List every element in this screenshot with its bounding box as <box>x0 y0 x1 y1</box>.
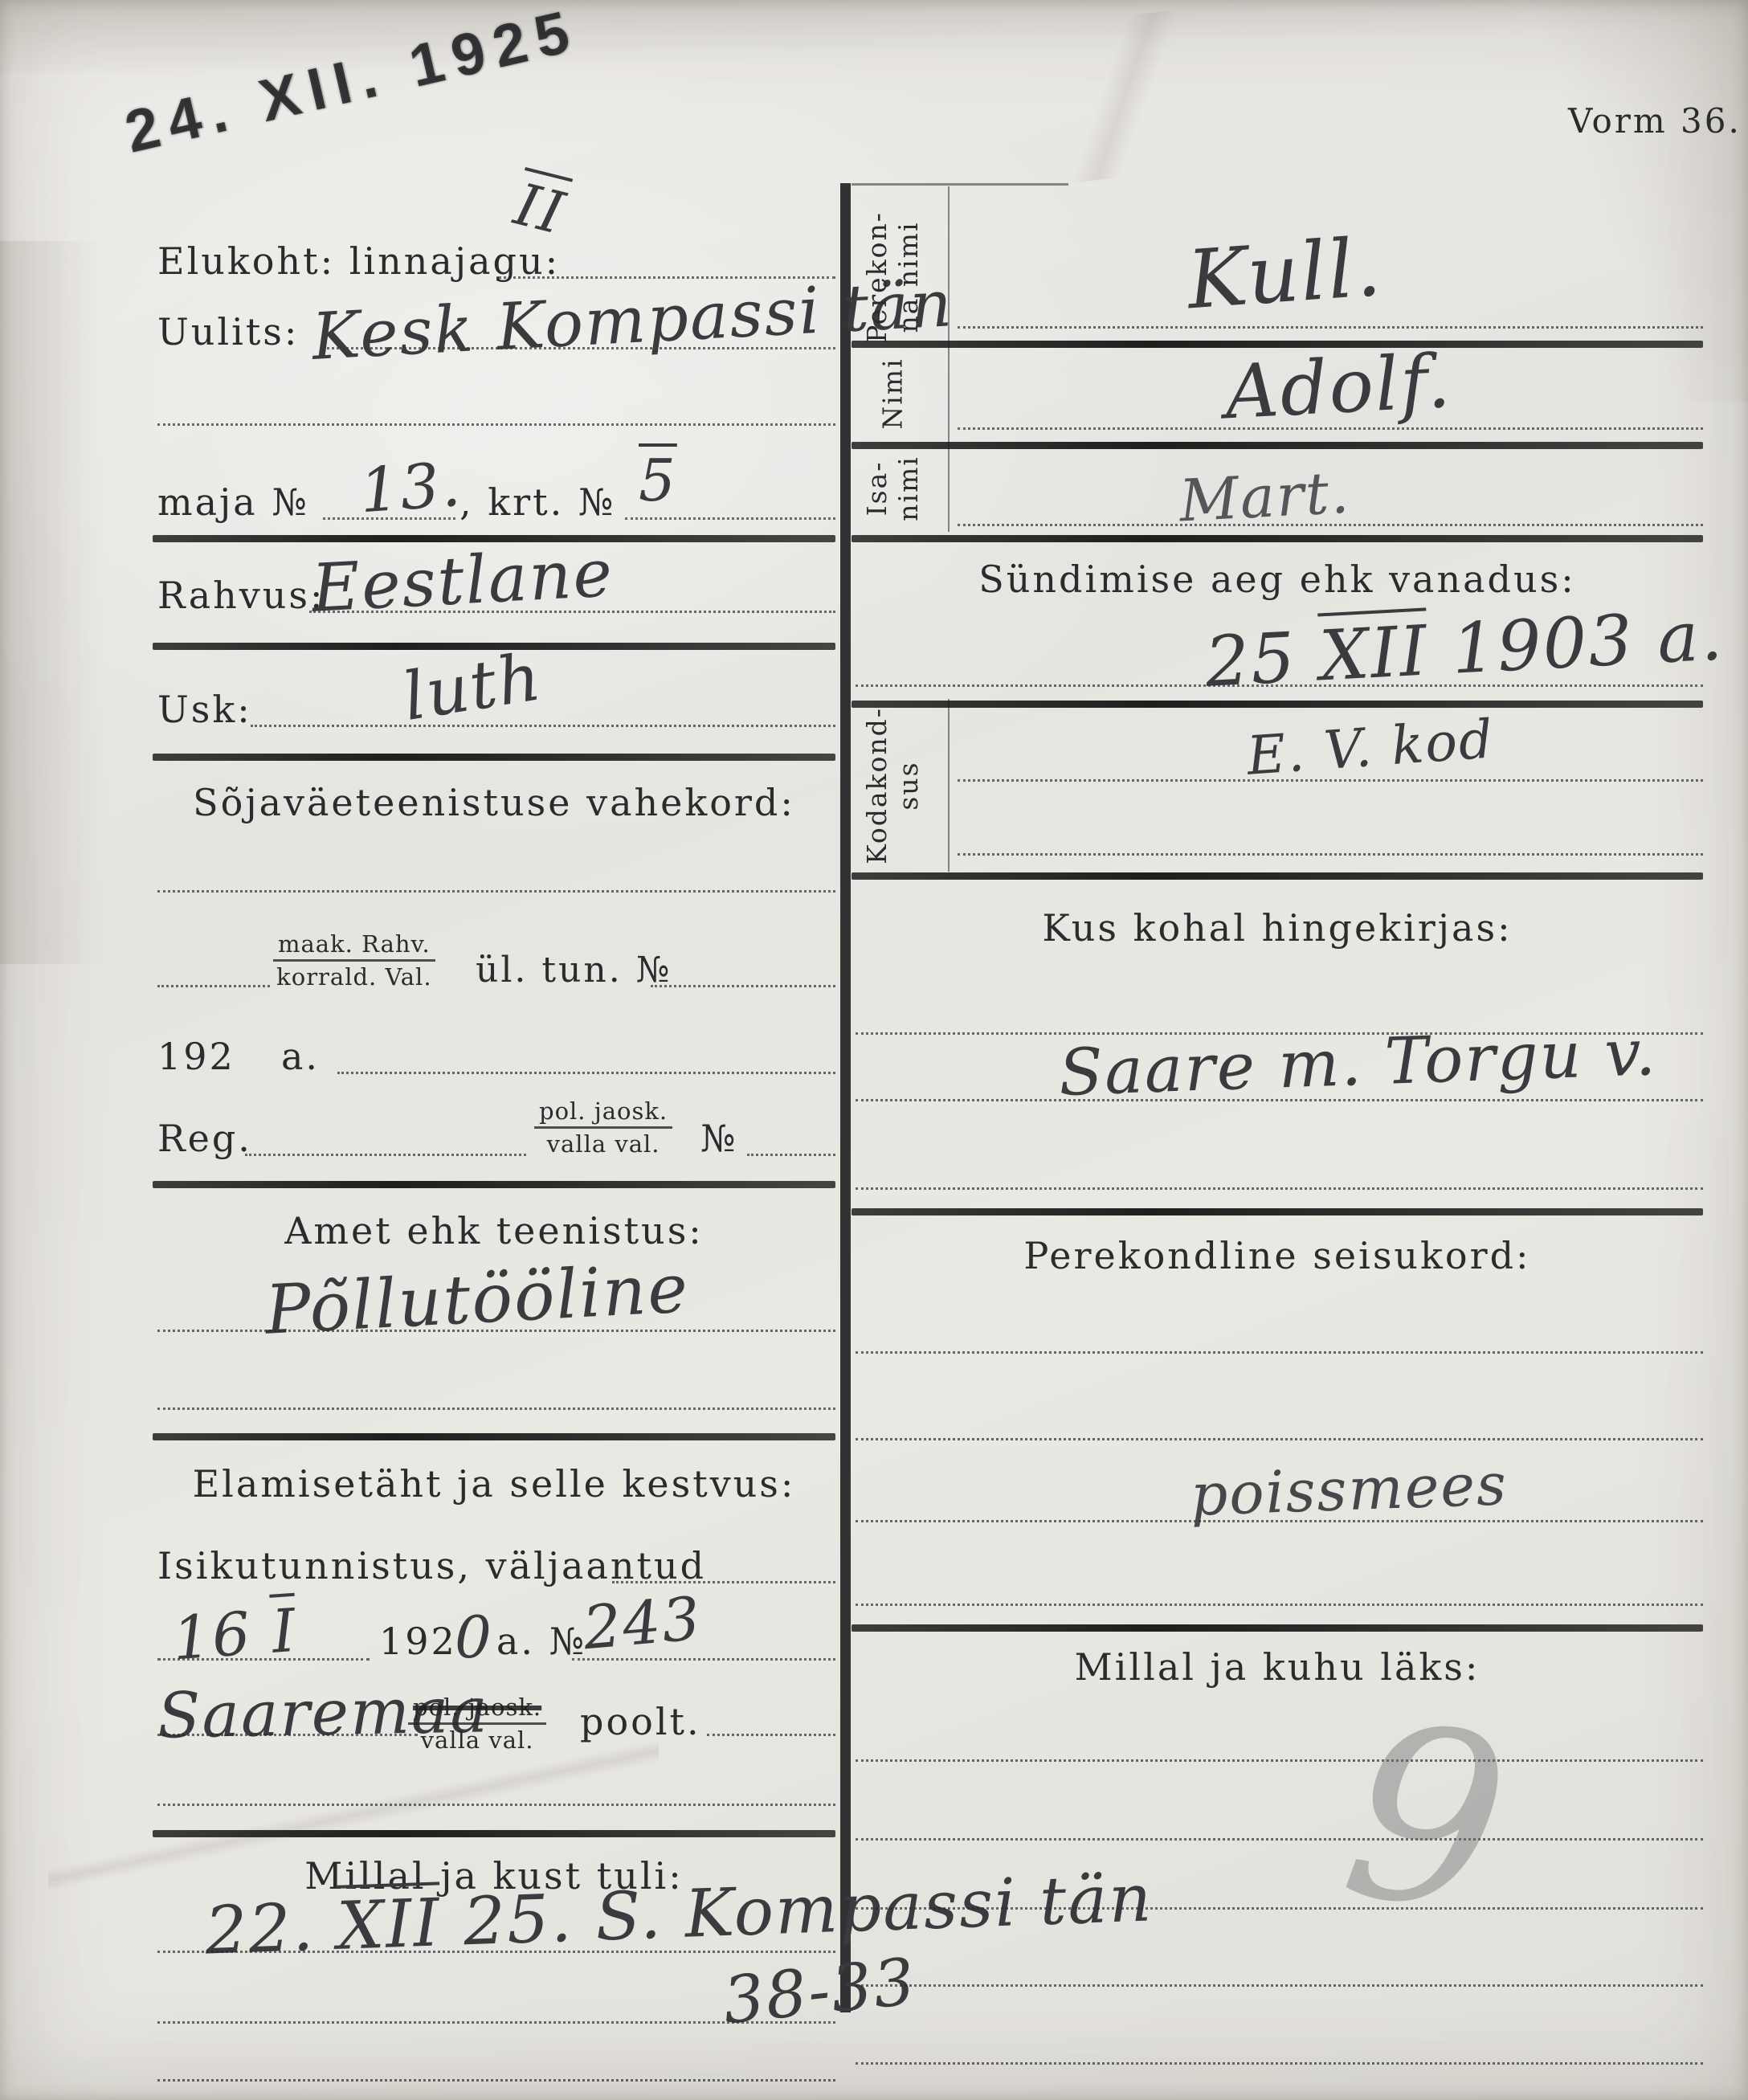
label-strip-top-rule <box>852 183 1068 186</box>
dotted-line <box>856 2062 1703 2065</box>
krt-nr-handwritten-value: 5 <box>639 447 677 514</box>
dotted-line <box>856 1099 1703 1101</box>
label-strip-vertical-rule <box>948 186 950 532</box>
dotted-line <box>157 1734 418 1736</box>
horizontal-rule <box>852 442 1703 449</box>
nimi-label-line1: Nimi <box>878 357 909 429</box>
dotted-line <box>157 890 835 893</box>
maak-fraction-bottom: korrald. Val. <box>273 962 435 991</box>
elamisetaht-heading: Elamisetäht ja selle kestvus: <box>153 1462 835 1506</box>
krt-nr-label: , krt. № <box>459 480 615 524</box>
dotted-line <box>251 725 835 727</box>
dotted-line <box>856 1838 1703 1841</box>
usk-label: Usk: <box>157 688 252 731</box>
dotted-line <box>856 1604 1703 1606</box>
elukoht-handwritten-value: II <box>508 170 572 247</box>
dotted-line <box>856 1438 1703 1440</box>
dotted-line <box>157 423 835 426</box>
isik-date-roman: I <box>270 1596 300 1667</box>
dotted-line <box>612 1581 835 1583</box>
horizontal-rule <box>153 754 835 761</box>
poolt-label: poolt. <box>580 1700 701 1743</box>
dotted-line <box>337 1072 835 1074</box>
isanimi-label-line2: nimi <box>893 456 925 521</box>
kodakondsus-handwritten-value: E. V. kod <box>1245 708 1497 786</box>
maak-fraction-top: maak. Rahv. <box>273 930 435 962</box>
dotted-line <box>707 1734 835 1736</box>
isik-date-handwritten-value: 16 I <box>170 1596 300 1674</box>
dotted-line <box>958 779 1703 782</box>
perekonnanimi-vertical-label: Perekon- na nimi <box>862 211 925 343</box>
tuli-pre: 22. <box>204 1889 339 1970</box>
dotted-line <box>157 1658 370 1661</box>
perekonnanimi-handwritten-value: Kull. <box>1184 220 1385 328</box>
nimi-vertical-label: Nimi <box>878 357 909 429</box>
dotted-line <box>157 1951 835 1953</box>
dotted-line <box>747 1154 835 1156</box>
horizontal-rule <box>153 1433 835 1440</box>
seisukord-heading: Perekondline seisukord: <box>852 1234 1703 1277</box>
seisukord-handwritten-value: poissmees <box>1190 1450 1509 1529</box>
label-strip-vertical-rule <box>948 699 950 872</box>
horizontal-rule <box>153 1830 835 1837</box>
valjaandja-fraction: pol. jaosk. valla val. <box>408 1693 546 1754</box>
dotted-line <box>856 1520 1703 1522</box>
reg-fraction-bottom: valla val. <box>534 1129 672 1158</box>
pencil-mark: 9 <box>1329 1669 1524 1970</box>
dotted-line <box>157 2079 835 2082</box>
uulits-label: Uulits: <box>157 310 299 353</box>
dotted-line <box>572 1658 835 1661</box>
form-number: Vorm 36. <box>1568 101 1742 141</box>
reg-fraction: pol. jaosk. valla val. <box>534 1097 672 1158</box>
reg-fraction-top: pol. jaosk. <box>534 1097 672 1129</box>
paper-crease <box>0 241 145 964</box>
sundimise-heading: Sündimise aeg ehk vanadus: <box>852 558 1703 601</box>
dotted-line <box>856 1187 1703 1190</box>
amet-heading: Amet ehk teenistus: <box>153 1209 835 1252</box>
isik-nr-handwritten-value: 243 <box>581 1584 705 1664</box>
maak-fraction: maak. Rahv. korrald. Val. <box>273 930 435 991</box>
dotted-line <box>625 517 835 520</box>
horizontal-rule <box>852 872 1703 880</box>
rahvus-label: Rahvus: <box>157 574 325 617</box>
isik-date-pre: 16 <box>170 1598 274 1673</box>
dotted-line <box>856 1351 1703 1354</box>
millal-laks-heading: Millal ja kuhu läks: <box>852 1645 1703 1689</box>
horizontal-rule <box>852 1208 1703 1215</box>
sund-post: 1903 a. <box>1426 595 1726 691</box>
dotted-line <box>958 427 1703 430</box>
horizontal-rule <box>153 1181 835 1188</box>
sojavae-heading: Sõjaväeteenistuse vahekord: <box>153 781 835 824</box>
paper-crease <box>836 0 1412 206</box>
isik-year-suffix: a. № <box>496 1620 586 1663</box>
perekonnanimi-label-line1: Perekon- <box>862 211 893 343</box>
maja-nr-handwritten-value: 13. <box>357 448 464 527</box>
isik-year-printed: 192 <box>379 1620 457 1663</box>
isanimi-vertical-label: Isa- nimi <box>862 456 925 521</box>
valjaandja-fraction-bottom: valla val. <box>408 1725 546 1754</box>
dotted-line <box>958 524 1703 526</box>
hingekirjas-handwritten-value: Saare m. Torgu v. <box>1058 1015 1659 1110</box>
horizontal-rule <box>852 535 1703 542</box>
rahvus-handwritten-value: Eestlane <box>310 535 615 627</box>
usk-handwritten-value: luth <box>398 639 548 736</box>
center-divider-line <box>840 183 851 2012</box>
kodakondsus-label-line2: sus <box>893 707 925 864</box>
dotted-line <box>651 985 835 987</box>
nimi-handwritten-value: Adolf. <box>1223 338 1453 436</box>
isik-year-handwritten-digit: 0 <box>455 1604 493 1671</box>
millal-tuli-handwritten-line2: 38-33 <box>720 1944 920 2039</box>
date-stamp: 24. XII. 1925 <box>119 0 585 166</box>
dotted-line <box>958 853 1703 856</box>
horizontal-rule <box>852 1624 1703 1632</box>
dotted-line <box>157 985 270 987</box>
paper-crease <box>0 0 1748 72</box>
ul-tun-nr-label: ül. tun. № <box>476 950 672 991</box>
reg-label: Reg. <box>157 1117 252 1160</box>
dotted-line <box>245 1154 526 1156</box>
perekonnanimi-label-line2: na nimi <box>893 211 925 343</box>
dotted-line <box>157 1407 835 1410</box>
dotted-line <box>958 326 1703 329</box>
kodakondsus-vertical-label: Kodakond- sus <box>862 707 925 864</box>
sund-pre: 25 <box>1203 617 1322 703</box>
dotted-line <box>856 1984 1703 1987</box>
horizontal-rule <box>852 701 1703 708</box>
dotted-line <box>856 1759 1703 1762</box>
hingekirjas-heading: Kus kohal hingekirjas: <box>852 906 1703 950</box>
dotted-line <box>856 1907 1703 1910</box>
dotted-line <box>157 1804 835 1806</box>
dotted-line <box>856 684 1703 687</box>
amet-handwritten-value: Põllutööline <box>263 1248 691 1349</box>
dotted-line <box>157 1330 835 1332</box>
dotted-line <box>157 2021 835 2024</box>
maja-nr-label: maja № <box>157 480 309 524</box>
scanned-form-page: 24. XII. 1925 Vorm 36. Elukoht: linnajag… <box>0 0 1748 2100</box>
reg-nr-label: № <box>700 1117 738 1160</box>
aasta-prefix-label: 192 <box>157 1035 235 1078</box>
aasta-suffix-label: a. <box>281 1035 320 1078</box>
valjaandja-fraction-top: pol. jaosk. <box>408 1693 546 1725</box>
isanimi-label-line1: Isa- <box>862 456 893 521</box>
kodakondsus-label-line1: Kodakond- <box>862 707 893 864</box>
